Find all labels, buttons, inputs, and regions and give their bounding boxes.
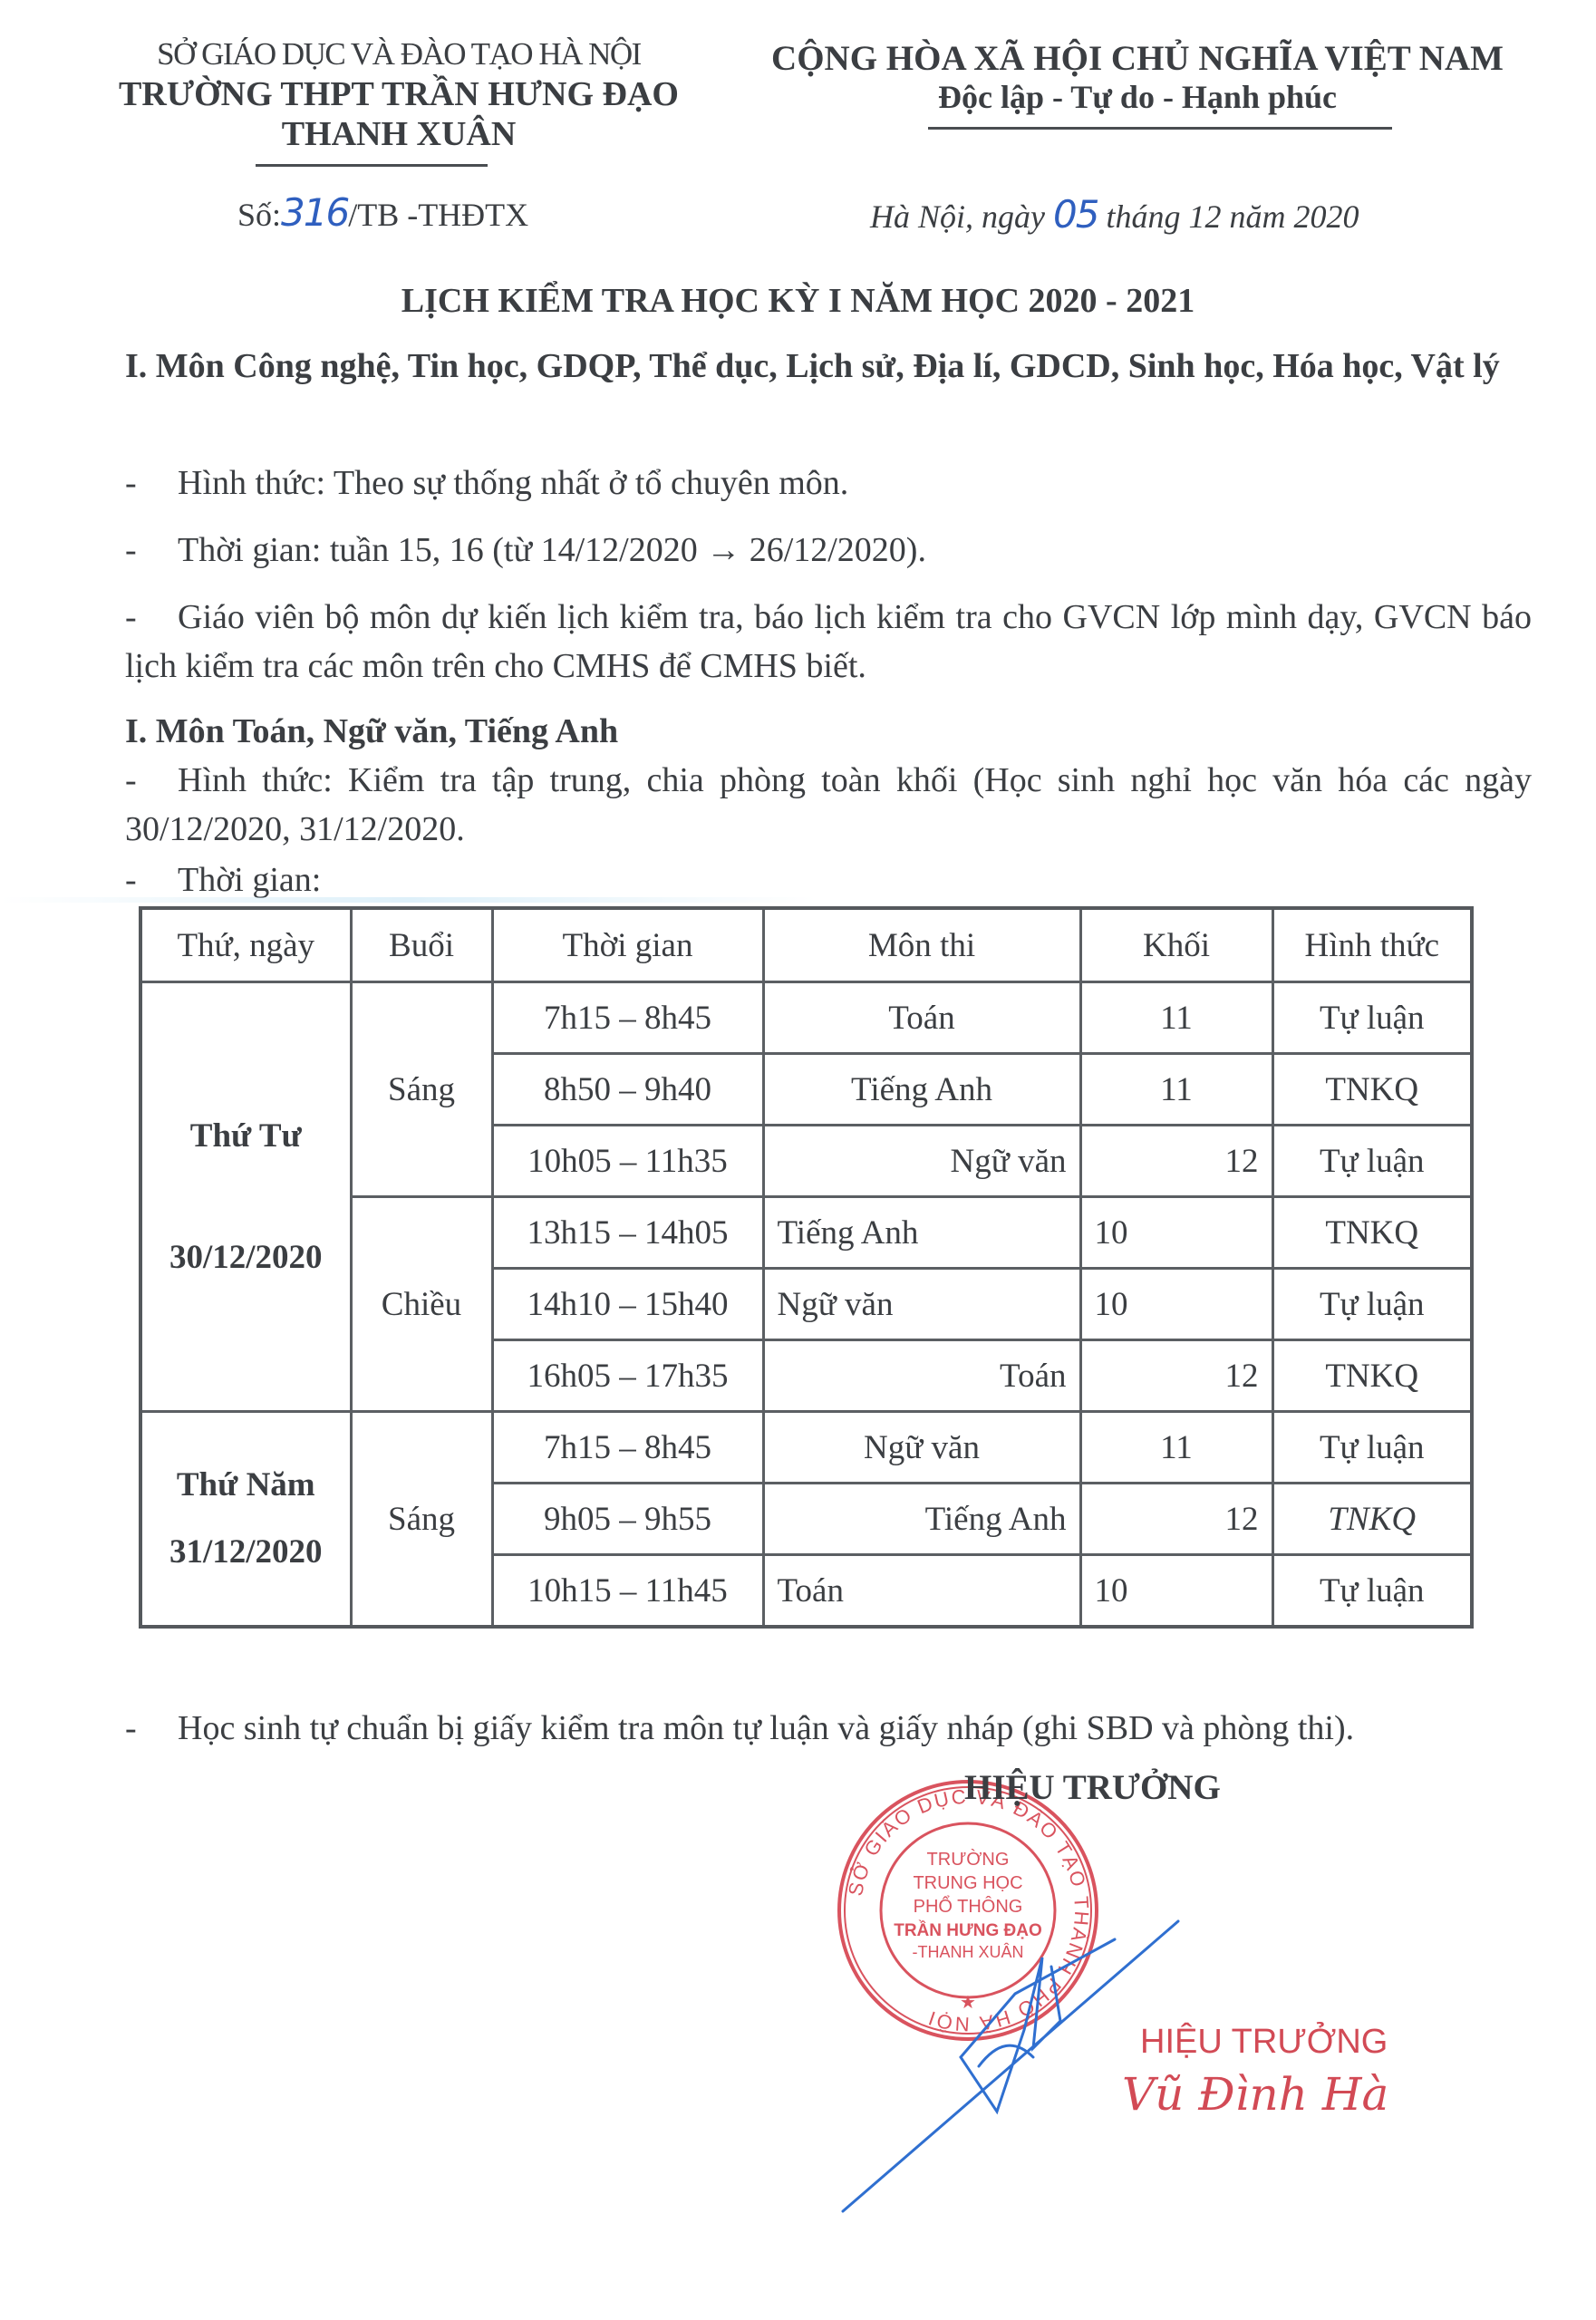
session-cell: Chiều bbox=[351, 1197, 492, 1412]
form-cell: Tự luận bbox=[1272, 1269, 1472, 1340]
subject-cell: Toán bbox=[763, 1340, 1080, 1412]
table-header-row: Thứ, ngày Buổi Thời gian Môn thi Khối Hì… bbox=[140, 908, 1472, 982]
section-1-bullet: -Thời gian: tuần 15, 16 (từ 14/12/2020 →… bbox=[125, 526, 1532, 575]
date-suffix: tháng 12 năm 2020 bbox=[1106, 198, 1359, 235]
bullet-text: Hình thức: Theo sự thống nhất ở tổ chuyê… bbox=[178, 464, 848, 502]
dateline: Hà Nội, ngày 05 tháng 12 năm 2020 bbox=[870, 192, 1359, 237]
principal-title: HIỆU TRƯỞNG bbox=[964, 1767, 1221, 1808]
subject-cell: Tiếng Anh bbox=[763, 1484, 1080, 1555]
grade-cell: 12 bbox=[1080, 1126, 1272, 1197]
bullet-text: Hình thức: Kiểm tra tập trung, chia phòn… bbox=[125, 761, 1532, 848]
grade-cell: 10 bbox=[1080, 1555, 1272, 1628]
header-day: Thứ, ngày bbox=[140, 908, 351, 982]
date: 31/12/2020 bbox=[155, 1519, 337, 1586]
form-cell: Tự luận bbox=[1272, 1555, 1472, 1628]
subject-cell: Toán bbox=[763, 982, 1080, 1054]
exam-schedule-table: Thứ, ngày Buổi Thời gian Môn thi Khối Hì… bbox=[139, 906, 1474, 1629]
time-cell: 10h15 – 11h45 bbox=[492, 1555, 763, 1628]
day-cell: Thứ Tư30/12/2020 bbox=[140, 982, 351, 1412]
time-cell: 16h05 – 17h35 bbox=[492, 1340, 763, 1412]
subject-cell: Tiếng Anh bbox=[763, 1054, 1080, 1126]
scan-artifact-band bbox=[0, 897, 816, 903]
document-number: Số:316/TB -THĐTX bbox=[237, 190, 528, 235]
subject-cell: Ngữ văn bbox=[763, 1412, 1080, 1484]
bullet-dash: - bbox=[125, 756, 178, 805]
date-day-handwritten: 05 bbox=[1053, 192, 1098, 237]
time-cell: 13h15 – 14h05 bbox=[492, 1197, 763, 1269]
grade-cell: 10 bbox=[1080, 1197, 1272, 1269]
doc-number-suffix: /TB -THĐTX bbox=[348, 197, 528, 233]
school-district: THANH XUÂN bbox=[91, 114, 707, 154]
session-cell: Sáng bbox=[351, 1412, 492, 1628]
bottom-note: -Học sinh tự chuẩn bị giấy kiểm tra môn … bbox=[125, 1704, 1532, 1753]
session-cell: Sáng bbox=[351, 982, 492, 1197]
grade-cell: 10 bbox=[1080, 1269, 1272, 1340]
doc-number-prefix: Số: bbox=[237, 197, 281, 233]
time-cell: 7h15 – 8h45 bbox=[492, 1412, 763, 1484]
header-subject: Môn thi bbox=[763, 908, 1080, 982]
grade-cell: 12 bbox=[1080, 1484, 1272, 1555]
subject-cell: Toán bbox=[763, 1555, 1080, 1628]
date-prefix: Hà Nội, ngày bbox=[870, 198, 1045, 235]
bullet-text: Thời gian: tuần 15, 16 (từ 14/12/2020 → … bbox=[178, 531, 926, 569]
date: 30/12/2020 bbox=[155, 1224, 337, 1291]
grade-cell: 11 bbox=[1080, 1412, 1272, 1484]
header-grade: Khối bbox=[1080, 908, 1272, 982]
form-cell: Tự luận bbox=[1272, 982, 1472, 1054]
doc-number-handwritten: 316 bbox=[281, 190, 348, 235]
grade-cell: 11 bbox=[1080, 982, 1272, 1054]
form-cell: TNKQ bbox=[1272, 1484, 1472, 1555]
time-cell: 7h15 – 8h45 bbox=[492, 982, 763, 1054]
form-cell: TNKQ bbox=[1272, 1340, 1472, 1412]
subject-cell: Ngữ văn bbox=[763, 1269, 1080, 1340]
school-name: TRƯỜNG THPT TRẦN HƯNG ĐẠO bbox=[91, 74, 707, 114]
time-cell: 8h50 – 9h40 bbox=[492, 1054, 763, 1126]
bullet-text: Học sinh tự chuẩn bị giấy kiểm tra môn t… bbox=[178, 1709, 1354, 1747]
form-cell: TNKQ bbox=[1272, 1054, 1472, 1126]
time-cell: 14h10 – 15h40 bbox=[492, 1269, 763, 1340]
principal-name: Vũ Đình Hà bbox=[1122, 2068, 1388, 2121]
form-cell: Tự luận bbox=[1272, 1126, 1472, 1197]
document-title: LỊCH KIỂM TRA HỌC KỲ I NĂM HỌC 2020 - 20… bbox=[0, 281, 1596, 321]
subject-cell: Tiếng Anh bbox=[763, 1197, 1080, 1269]
section-2-bullet: -Hình thức: Kiểm tra tập trung, chia phò… bbox=[125, 756, 1532, 854]
agency-name: SỞ GIÁO DỤC VÀ ĐÀO TẠO HÀ NỘI bbox=[127, 36, 671, 72]
grade-cell: 11 bbox=[1080, 1054, 1272, 1126]
time-cell: 10h05 – 11h35 bbox=[492, 1126, 763, 1197]
time-cell: 9h05 – 9h55 bbox=[492, 1484, 763, 1555]
national-motto: Độc lập - Tự do - Hạnh phúc bbox=[761, 78, 1514, 116]
weekday: Thứ Tư bbox=[155, 1103, 337, 1170]
header-left-rule bbox=[256, 164, 488, 167]
bullet-text: Thời gian: bbox=[178, 861, 321, 899]
bullet-dash: - bbox=[125, 1704, 178, 1753]
bullet-dash: - bbox=[125, 593, 178, 642]
bullet-dash: - bbox=[125, 526, 178, 575]
section-1-heading: I. Môn Công nghệ, Tin học, GDQP, Thể dục… bbox=[125, 342, 1532, 391]
table-row: Thứ Năm31/12/2020Sáng7h15 – 8h45Ngữ văn1… bbox=[140, 1412, 1472, 1484]
form-cell: Tự luận bbox=[1272, 1412, 1472, 1484]
bullet-dash: - bbox=[125, 459, 178, 507]
table-row: Thứ Tư30/12/2020Sáng7h15 – 8h45Toán11Tự … bbox=[140, 982, 1472, 1054]
republic-name: CỘNG HÒA XÃ HỘI CHỦ NGHĨA VIỆT NAM bbox=[761, 38, 1514, 79]
subject-cell: Ngữ văn bbox=[763, 1126, 1080, 1197]
header-session: Buổi bbox=[351, 908, 492, 982]
bullet-text: Giáo viên bộ môn dự kiến lịch kiểm tra, … bbox=[125, 598, 1532, 685]
grade-cell: 12 bbox=[1080, 1340, 1272, 1412]
section-2-heading: I. Môn Toán, Ngữ văn, Tiếng Anh bbox=[125, 707, 1532, 756]
day-cell: Thứ Năm31/12/2020 bbox=[140, 1412, 351, 1628]
principal-title-stamped: HIỆU TRƯỞNG bbox=[1140, 2023, 1388, 2062]
header-time: Thời gian bbox=[492, 908, 763, 982]
section-1-bullet: -Giáo viên bộ môn dự kiến lịch kiểm tra,… bbox=[125, 593, 1532, 691]
section-1-bullet: -Hình thức: Theo sự thống nhất ở tổ chuy… bbox=[125, 459, 1532, 507]
header-form: Hình thức bbox=[1272, 908, 1472, 982]
header-right-rule bbox=[928, 127, 1392, 130]
weekday: Thứ Năm bbox=[155, 1452, 337, 1519]
form-cell: TNKQ bbox=[1272, 1197, 1472, 1269]
